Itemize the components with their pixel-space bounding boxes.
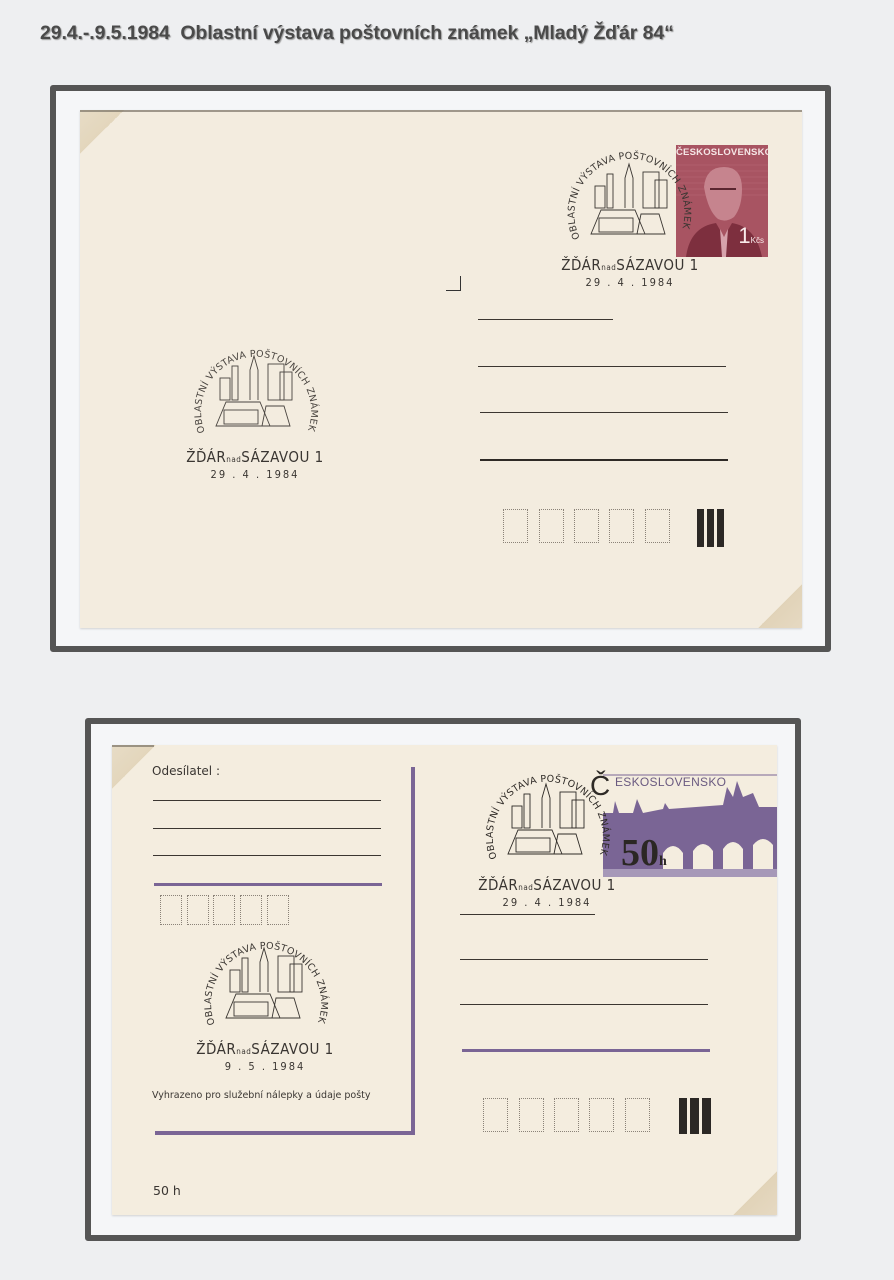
address-line (480, 459, 728, 461)
sender-divider (154, 883, 382, 886)
postmark-town: ŽĎÁRnadSÁZAVOU 1 (472, 876, 622, 894)
mount-corner-top-left (80, 110, 124, 154)
stamp-value: 50h (621, 831, 667, 875)
stamp-value: 1Kčs (738, 223, 764, 249)
envelope-edge (80, 110, 802, 112)
address-line (478, 319, 613, 320)
mount-corner-top-left (112, 745, 156, 789)
postcard-edge (112, 745, 154, 747)
address-line (478, 366, 726, 367)
price-text: 50 h (153, 1183, 181, 1198)
sender-line (153, 855, 381, 856)
mount-corner-bottom-right (758, 584, 802, 628)
address-line (460, 1004, 708, 1005)
cancellation-postmark: OBLASTNÍ VÝSTAVA POŠTOVNÍCH ZNÁMEK MLADÝ… (180, 330, 330, 480)
postmark-town: ŽĎÁRnadSÁZAVOU 1 (190, 1040, 340, 1058)
address-line (462, 1049, 710, 1052)
address-line (460, 914, 595, 915)
cancellation-postmark: OBLASTNÍ VÝSTAVA POŠTOVNÍCH ZNÁMEK MLADÝ… (190, 922, 340, 1072)
stamp-country: ESKOSLOVENSKO (615, 775, 726, 789)
page-title: 29.4.-.9.5.1984 Oblastní výstava poštovn… (40, 22, 674, 45)
address-corner-mark (446, 276, 461, 291)
postcard-divider (411, 767, 415, 1135)
postmark-date: 9 . 5 . 1984 (190, 1060, 340, 1073)
postage-stamp-50h: ESKOSLOVENSKO 50h (603, 773, 777, 878)
svg-text:OBLASTNÍ VÝSTAVA POŠTOVNÍCH ZN: OBLASTNÍ VÝSTAVA POŠTOVNÍCH ZNÁMEK MLADÝ… (555, 138, 693, 241)
sender-line (153, 800, 381, 801)
sender-line (153, 828, 381, 829)
postmark-town: ŽĎÁRnadSÁZAVOU 1 (555, 256, 705, 274)
sender-label: Odesílatel : (152, 764, 220, 778)
mount-corner-bottom-right (733, 1171, 777, 1215)
cancellation-postmark: OBLASTNÍ VÝSTAVA POŠTOVNÍCH ZNÁMEK MLADÝ… (472, 758, 622, 908)
postmark-date: 29 . 4 . 1984 (472, 896, 622, 909)
reserved-box-border (155, 1131, 415, 1135)
cancellation-postmark: OBLASTNÍ VÝSTAVA POŠTOVNÍCH ZNÁMEK MLADÝ… (555, 138, 705, 288)
reserved-text: Vyhrazeno pro služební nálepky a údaje p… (152, 1090, 371, 1101)
postcode-bars-icon (679, 1098, 711, 1134)
address-line (480, 412, 728, 413)
postcode-bars-icon (697, 509, 724, 547)
postmark-date: 29 . 4 . 1984 (555, 276, 705, 289)
address-line (460, 959, 708, 960)
postmark-date: 29 . 4 . 1984 (180, 468, 330, 481)
postmark-town: ŽĎÁRnadSÁZAVOU 1 (180, 448, 330, 466)
